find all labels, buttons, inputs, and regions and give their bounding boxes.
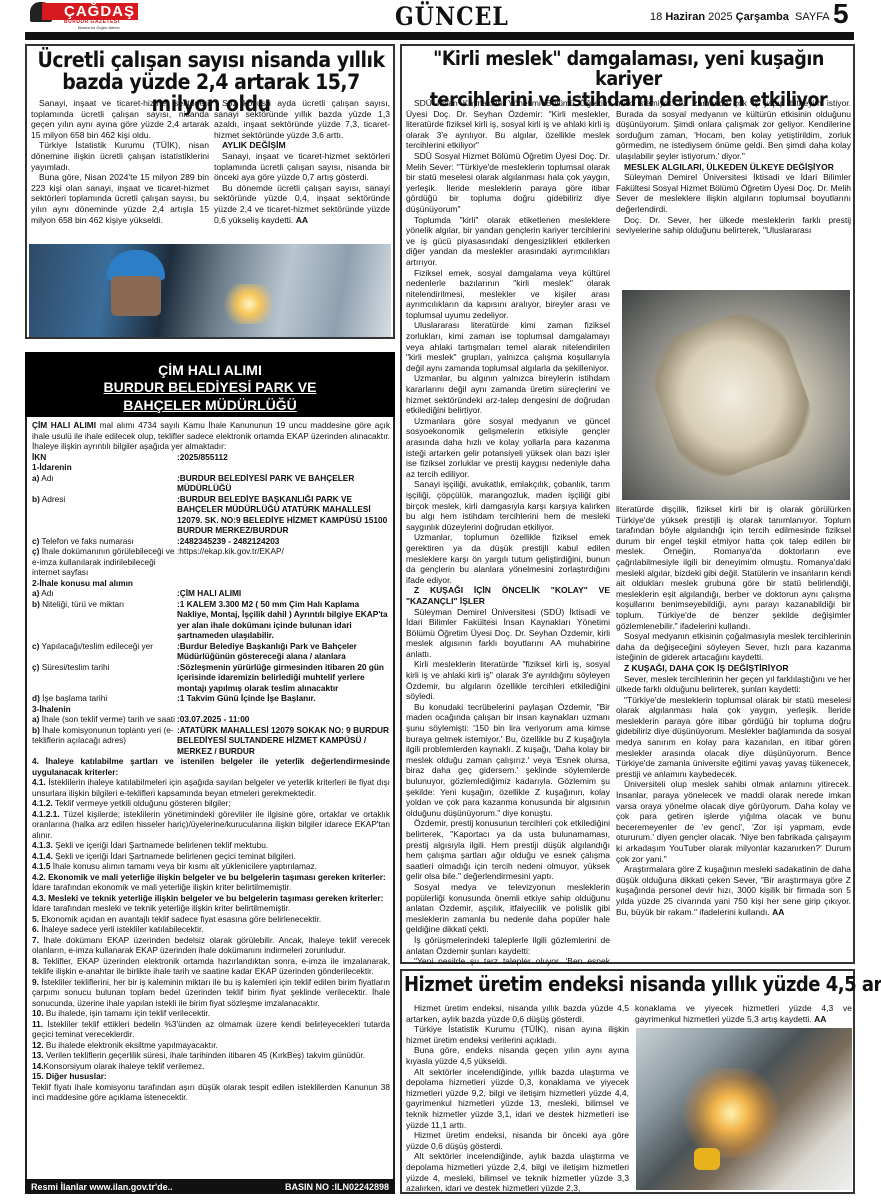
clause-number: 14. — [32, 1061, 44, 1071]
item-label: Telefon ve faks numarası — [39, 536, 133, 546]
paragraph: Buna göre, endeks nisanda geçen yılın ay… — [406, 1045, 629, 1066]
paragraph: Sosyal medya ve televizyonun mesleklerin… — [406, 882, 610, 935]
source-credit: AA — [814, 1014, 826, 1024]
clause-text: Teklif fiyatı ihale komisyonu tarafından… — [32, 1082, 390, 1103]
paragraph: Kirli mesleklerin literatürde "fiziksel … — [406, 659, 610, 701]
paragraph: mak istemiyor. Az zamanda çok iş yapıp b… — [616, 98, 851, 162]
item-label: Niteliği, türü ve miktarı — [40, 599, 124, 609]
section-2-title: 2-İhale konusu mal alımın — [32, 578, 390, 589]
clause-number: 4.3. Mesleki ve teknik yeterliğe ilişkin… — [32, 893, 383, 903]
source-credit: AA — [296, 215, 308, 225]
subheading: Z KUŞAĞI İÇİN ÖNCELİK "KOLAY" VE "KAZANÇ… — [406, 585, 610, 606]
clause-number: 15. Diğer hususlar: — [32, 1071, 107, 1081]
clause-number: 6. — [32, 924, 39, 934]
paragraph: Doç. Dr. Sever, her ülkede mesleklerin f… — [616, 215, 851, 236]
clause-text: Bu ihalede elektronik eksiltme yapılmaya… — [44, 1040, 218, 1050]
item-value: :2482345239 - 2482124203 — [177, 536, 390, 547]
tender-ad: ÇİM HALI ALIMI BURDUR BELEDİYESİ PARK VE… — [25, 352, 395, 1194]
item-value: :ATATÜRK MAHALLESİ 12079 SOKAK NO: 9 BUR… — [177, 725, 390, 757]
paragraph: Sanayi, inşaat ve ticaret-hizmet sektörl… — [214, 151, 390, 183]
masthead: ÇAĞDAŞ BURDUR GAZETESİ Burdur'un Doğru A… — [0, 0, 881, 32]
paragraph: Sanayi, inşaat ve ticaret-hizmet sektörl… — [31, 98, 209, 140]
ad-title: ÇİM HALI ALIMI — [25, 362, 395, 378]
clause-text: Şekli ve içeriği İdari Şartnamede belirl… — [53, 851, 296, 861]
section-title: GÜNCEL — [395, 2, 509, 32]
clause-text: Ekonomik açıdan en avantajlı teklif sade… — [39, 914, 321, 924]
ad-authority-line1: BURDUR BELEDİYESİ PARK VE — [25, 378, 395, 396]
clause-number: 4. İhaleye katılabilme şartları ve isten… — [32, 756, 390, 777]
sparks — [676, 1068, 786, 1158]
issue-date: 18 Haziran 2025 Çarşamba — [650, 11, 789, 23]
paragraph: Alt sektörler incelendiğinde, aylık bazd… — [406, 1151, 629, 1193]
clause-number: 11. — [32, 1019, 43, 1029]
paragraph: Türkiye İstatistik Kurumu (TÜİK), nisan … — [31, 140, 209, 172]
paragraph: Toplumda "kirli" olarak etiketlenen mesl… — [406, 215, 610, 268]
item-value: :1 KALEM 3.300 M2 ( 50 mm Çim Halı Kapla… — [177, 599, 390, 641]
item-label: Süresi/teslim tarihi — [39, 662, 109, 672]
clause-text: Tüzel kişilerde; isteklilerin yönetimind… — [32, 809, 390, 840]
clause-number: 7. — [32, 935, 39, 945]
ikn-row: İKN:2025/855112 — [32, 452, 390, 463]
ikn-label: İKN — [32, 452, 177, 463]
item-label: İhale (son teklif verme) tarih ve saati — [39, 714, 175, 724]
clause-number: 4.1.5 — [32, 861, 50, 871]
paragraph: SDÜ Sosyal Hizmet Bölümü Öğretim Üyesi D… — [406, 151, 610, 215]
clause-number: 4.1. — [32, 777, 46, 787]
paragraph: Hizmet üretim endeksi, nisanda bir öncek… — [406, 1130, 629, 1151]
paragraph: Özdemir, prestij konusunun tercihleri ço… — [406, 818, 610, 882]
item-label: İşe başlama tarihi — [40, 693, 107, 703]
logo-text: ÇAĞDAŞ — [42, 3, 138, 20]
newspaper-logo: ÇAĞDAŞ BURDUR GAZETESİ Burdur'un Doğru A… — [30, 2, 138, 28]
clause-text: Verilen tekliflerin geçerlilik süresi, i… — [44, 1050, 365, 1060]
date-weekday: Çarşamba — [736, 11, 789, 23]
section-3-title: 3-İhalenin — [32, 704, 390, 715]
clause-text: İhale dokümanı EKAP üzerinden bedelsiz o… — [32, 935, 390, 956]
item-label: Adı — [39, 588, 53, 598]
clause-number: 5. — [32, 914, 39, 924]
clause-number: 4.1.2. — [32, 798, 53, 808]
ad-intro-bold: ÇİM HALI ALIMI — [32, 420, 96, 430]
article-column-2: Söz konusu ayda ücretli çalışan sayısı, … — [214, 98, 390, 225]
work-glove-icon — [641, 301, 824, 490]
paragraph: "Türkiye'de mesleklerin toplumsal olarak… — [616, 695, 851, 780]
clause-text: İhaleye sadece yerli istekliler katılabi… — [39, 924, 204, 934]
clause-text: Şekli ve içeriği İdari Şartnamede belirl… — [53, 840, 268, 850]
paragraph: İş görüşmelerindeki taleplerle ilgili gö… — [406, 935, 610, 956]
subheading: Z KUŞAĞI, DAHA ÇOK İŞ DEĞİŞTİRİYOR — [616, 663, 851, 674]
clause-text: Teklif vermeye yetkili olduğunu gösteren… — [53, 798, 231, 808]
ekap-link[interactable]: :https://ekap.kik.gov.tr/EKAP/ — [177, 546, 390, 578]
clause-text: İdare tarafından ekonomik ve mali yeterl… — [32, 882, 291, 892]
item-label: İhale komisyonunun toplantı yeri (e-tekl… — [32, 725, 174, 746]
section-1-title: 1-İdarenin — [32, 462, 390, 473]
official-ads-link[interactable]: Resmi İlanlar www.ilan.gov.tr'de.. — [31, 1182, 173, 1192]
logo-slogan: Burdur'un Doğru Adresi — [78, 25, 120, 30]
clause-text: İhale konusu alımın tamamı veya bir kısm… — [50, 861, 317, 871]
item-key: b) — [32, 494, 40, 504]
clause-number: 12. — [32, 1040, 44, 1050]
clause-text: Bu ihalede, işin tamamı için teklif veri… — [44, 1008, 210, 1018]
item-value: :03.07.2025 - 11:00 — [177, 714, 390, 725]
clause-number: 8. — [32, 956, 39, 966]
ad-authority-line2: BAHÇELER MÜDÜRLÜĞÜ — [25, 396, 395, 414]
ikn-value: :2025/855112 — [177, 452, 390, 463]
yellow-glove-icon — [694, 1148, 720, 1170]
date-day: 18 — [650, 11, 662, 23]
article-column-1: Hizmet üretim endeksi, nisanda yıllık ba… — [406, 1003, 629, 1194]
source-credit: AA — [772, 907, 784, 917]
article-headline: Hizmet üretim endeksi nisanda yıllık yüz… — [404, 974, 853, 995]
item-value: :BURDUR BELEDİYE BAŞKANLIĞI PARK VE BAHÇ… — [177, 494, 390, 536]
item-value: :ÇİM HALI ALIMI — [177, 588, 390, 599]
item-key: b) — [32, 725, 40, 735]
paragraph: Bu konudaki tecrübelerini paylaşan Özdem… — [406, 702, 610, 819]
item-value: :1 Takvim Günü İçinde İşe Başlanır. — [177, 693, 390, 704]
item-label: Adı — [39, 473, 53, 483]
clause-text: İsteklilerin ihaleye katılabilmeleri içi… — [32, 777, 390, 798]
item-label: Adresi — [40, 494, 65, 504]
ad-body: ÇİM HALI ALIMI mal alımı 4734 sayılı Kam… — [32, 420, 390, 1103]
worker-photo — [29, 244, 391, 337]
article-column-1: SDÜ İnsan Kaynakları Yönetimi Bölümü Öğr… — [406, 98, 610, 998]
gloves-photo — [622, 290, 850, 500]
clause-number: 4.1.4. — [32, 851, 53, 861]
paragraph: Söz konusu ayda ücretli çalışan sayısı, … — [214, 98, 390, 140]
ad-clauses: 4. İhaleye katılabilme şartları ve isten… — [32, 756, 390, 1103]
article-employment: Ücretli çalışan sayısı nisanda yıllık ba… — [25, 44, 395, 339]
header-rule — [25, 32, 854, 40]
paragraph: SDÜ İnsan Kaynakları Yönetimi Bölümü Öğr… — [406, 98, 610, 151]
paragraph: Buna göre, Nisan 2024'te 15 milyon 289 b… — [31, 172, 209, 225]
item-value: :Sözleşmenin yürürlüğe girmesinden itiba… — [177, 662, 390, 694]
paragraph: Süleyman Demirel Üniversitesi İktisadi v… — [616, 172, 851, 214]
item-label: Yapılacağı/teslim edileceği yer — [39, 641, 153, 651]
clause-number: 4.1.3. — [32, 840, 53, 850]
paragraph: Hizmet üretim endeksi, nisanda yıllık ba… — [406, 1003, 629, 1024]
paragraph: Uzmanlar, bu algının yalnızca bireylerin… — [406, 373, 610, 415]
item-value: :BURDUR BELEDİYESİ PARK VE BAHÇELER MÜDÜ… — [177, 473, 390, 494]
subheading: MESLEK ALGILARI, ÜLKEDEN ÜLKEYE DEĞİŞİYO… — [616, 162, 851, 173]
worker-face — [111, 276, 161, 316]
article-column-2-bottom: literatürde dişçilik, fiziksel kirli bir… — [616, 504, 851, 917]
paragraph: Süleyman Demirel Üniversitesi (SDÜ) İkti… — [406, 607, 610, 660]
paragraph: Araştırmalara göre Z kuşağının mesleki s… — [616, 864, 851, 916]
article-service-index: Hizmet üretim endeksi nisanda yıllık yüz… — [400, 969, 855, 1194]
clause-text: İdare tarafından mesleki ve teknik yeter… — [32, 903, 290, 913]
item-key: d) — [32, 693, 40, 703]
ad-footer: Resmi İlanlar www.ilan.gov.tr'de.. BASIN… — [25, 1179, 395, 1194]
paragraph: Uzmanlara göre sosyal medyanın ve güncel… — [406, 416, 610, 480]
clause-number: 10. — [32, 1008, 44, 1018]
paragraph: Alt sektörler incelendiğinde, yıllık baz… — [406, 1067, 629, 1131]
paragraph: literatürde dişçilik, fiziksel kirli bir… — [616, 504, 851, 631]
paragraph: Sanayi işçiliği, avukatlık, emlakçılık, … — [406, 479, 610, 532]
article-column-2-top: mak istemiyor. Az zamanda çok iş yapıp b… — [616, 98, 851, 236]
subheading: AYLIK DEĞİŞİM — [214, 140, 390, 151]
grinder-sparks-photo — [636, 1028, 852, 1190]
item-value: :Burdur Belediye Başkanlığı Park ve Bahç… — [177, 641, 390, 662]
page-label: SAYFA — [795, 11, 830, 23]
paragraph: Türkiye İstatistik Kurumu (TÜİK), nisan … — [406, 1024, 629, 1045]
paragraph: Sever, meslek tercihlerinin her geçen yı… — [616, 674, 851, 695]
clause-number: 4.1.2.1. — [32, 809, 60, 819]
paragraph: Fiziksel emek, sosyal damgalama veya kül… — [406, 268, 610, 321]
ad-header: ÇİM HALI ALIMI BURDUR BELEDİYESİ PARK VE… — [25, 352, 395, 417]
clause-number: 9. — [32, 977, 39, 987]
clause-text: Teklifler, EKAP üzerinden elektronik ort… — [32, 956, 390, 977]
clause-number: 13. — [32, 1050, 44, 1060]
item-label: İhale dokümanının görülebileceği ve e-im… — [32, 546, 175, 577]
clause-text: Konsorsiyum olarak ihaleye teklif verile… — [44, 1061, 205, 1071]
paragraph: Üniversiteli olup meslek sahibi olmak an… — [616, 779, 851, 864]
paragraph: Uzmanlar, toplumun özellikle fiziksel em… — [406, 532, 610, 585]
clause-number: 4.2. Ekonomik ve mali yeterliğe ilişkin … — [32, 872, 386, 882]
article-dirty-jobs: "Kirli meslek" damgalaması, yeni kuşağın… — [400, 44, 855, 964]
paragraph: Uluslararası literatürde kimi zaman fizi… — [406, 320, 610, 373]
article-column-1: Sanayi, inşaat ve ticaret-hizmet sektörl… — [31, 98, 209, 225]
headline-line-1: "Kirli meslek" damgalaması, yeni kuşağın… — [404, 49, 853, 90]
article-column-2: konaklama ve yiyecek hizmetleri yüzde 4,… — [635, 1003, 852, 1024]
page-number: 5 — [833, 0, 849, 30]
item-key: b) — [32, 599, 40, 609]
date-month: Haziran — [665, 11, 705, 23]
paragraph: Sosyal medyanın etkisinin çoğalmasıyla m… — [616, 631, 851, 663]
date-year: 2025 — [708, 11, 732, 23]
clause-text: İstekliler tekliflerini, her bir iş kale… — [32, 977, 390, 1008]
clause-text: İstekliler teklif ettikleri bedelin %3'ü… — [32, 1019, 390, 1040]
sparks — [219, 284, 279, 324]
press-number: BASIN NO :ILN02242898 — [285, 1182, 389, 1192]
